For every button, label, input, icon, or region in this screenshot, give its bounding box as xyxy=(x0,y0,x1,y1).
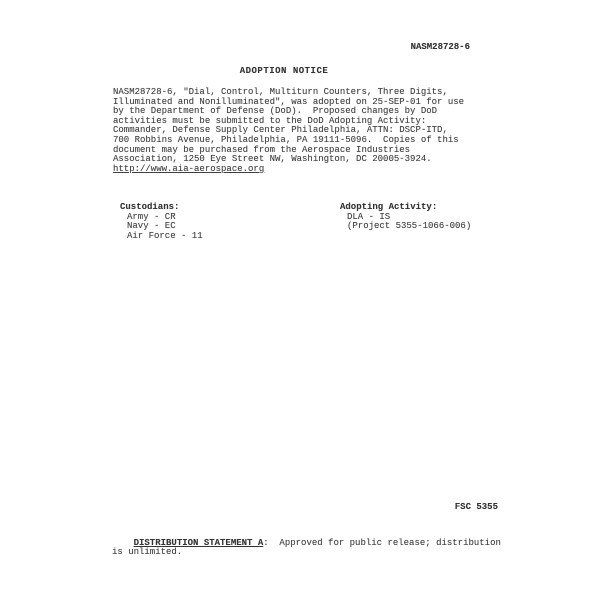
document-number: NASM28728-6 xyxy=(411,43,470,53)
custodian-item-air-force: Air Force - 11 xyxy=(120,232,203,242)
custodians-section: Custodians: Army - CR Navy - EC Air Forc… xyxy=(120,203,203,241)
page-title: ADOPTION NOTICE xyxy=(113,67,455,77)
adoption-notice-body: NASM28728-6, "Dial, Control, Multiturn C… xyxy=(113,88,464,165)
adopting-activity-section: Adopting Activity: DLA - IS (Project 535… xyxy=(340,203,471,232)
aia-website-link[interactable]: http://www.aia-aerospace.org xyxy=(113,165,264,175)
distribution-statement: DISTRIBUTION STATEMENT A: Approved for p… xyxy=(112,529,501,567)
adopting-activity-project: (Project 5355-1066-006) xyxy=(340,222,471,232)
document-page: NASM28728-6 ADOPTION NOTICE NASM28728-6,… xyxy=(0,0,600,600)
fsc-code: FSC 5355 xyxy=(455,503,498,513)
